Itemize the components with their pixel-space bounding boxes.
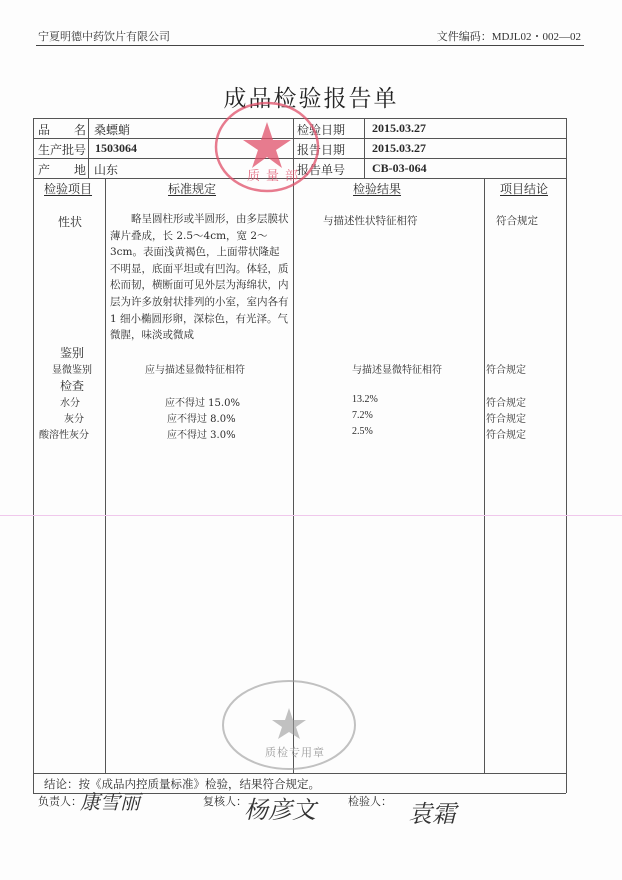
batch-value: 1503064	[95, 141, 137, 156]
conclusion-moisture: 符合规定	[486, 394, 526, 409]
header-divider	[36, 45, 584, 46]
standard-ash: 应不得过 8.0%	[167, 410, 236, 425]
result-microscopic: 与描述显微特征相符	[352, 361, 442, 376]
col-divider	[364, 118, 365, 178]
reviewer-signature: 杨彦文	[244, 790, 316, 825]
responsible-signature: 康雪丽	[80, 786, 140, 815]
col-divider	[484, 178, 485, 773]
result-ash: 7.2%	[352, 410, 373, 421]
item-acid-ash: 酸溶性灰分	[39, 426, 89, 441]
result-acid-ash: 2.5%	[352, 426, 373, 437]
origin-value: 山东	[94, 161, 118, 178]
item-moisture: 水分	[60, 394, 80, 409]
report-date-value: 2015.03.27	[372, 141, 426, 156]
seal-center-text: 质检专用章	[265, 744, 325, 760]
conclusion-ash: 符合规定	[486, 410, 526, 425]
result-appearance: 与描述性状特征相符	[323, 213, 418, 228]
product-name-label: 品 名	[38, 121, 86, 138]
result-moisture: 13.2%	[352, 394, 378, 405]
standard-moisture: 应不得过 15.0%	[165, 394, 240, 409]
column-header-result: 检验结果	[353, 180, 401, 197]
row-divider	[33, 773, 566, 774]
conclusion-acid-ash: 符合规定	[486, 426, 526, 441]
column-header-item: 检验项目	[44, 180, 92, 197]
standard-appearance: 略呈圆柱形或半圆形，由多层膜状薄片叠成，长 2.5～4cm，宽 2～3cm。表面…	[110, 211, 290, 344]
inspector-label: 检验人：	[348, 793, 392, 809]
reviewer-label: 复核人：	[203, 793, 247, 809]
company-name: 宁夏明德中药饮片有限公司	[38, 28, 170, 44]
qc-seal-stamp: 质检专用章	[220, 678, 358, 772]
heading-check: 检查	[60, 377, 84, 394]
item-appearance: 性状	[58, 213, 82, 230]
quality-dept-stamp: 质量部	[213, 100, 321, 194]
column-header-conclusion: 项目结论	[500, 180, 548, 197]
standard-microscopic: 应与描述显微特征相符	[145, 361, 245, 376]
conclusion-appearance: 符合规定	[496, 213, 538, 228]
col-divider	[88, 118, 89, 178]
origin-label: 产 地	[38, 161, 86, 178]
table-border-right	[566, 118, 567, 793]
conclusion-microscopic: 符合规定	[486, 361, 526, 376]
inspect-date-value: 2015.03.27	[372, 121, 426, 136]
column-header-standard: 标准规定	[168, 180, 216, 197]
responsible-label: 负责人：	[38, 793, 82, 809]
item-ash: 灰分	[64, 410, 84, 425]
stamp-center-text: 质量部	[247, 165, 304, 184]
batch-label: 生产批号	[38, 141, 86, 158]
heading-identification: 鉴别	[60, 344, 84, 361]
file-code: 文件编码：MDJL02・002—02	[437, 28, 581, 44]
scan-artifact-line	[0, 515, 622, 516]
standard-acid-ash: 应不得过 3.0%	[167, 426, 236, 441]
report-no-value: CB-03-064	[372, 161, 427, 176]
item-microscopic: 显微鉴别	[52, 361, 92, 376]
table-border-left	[33, 118, 34, 793]
inspector-signature: 袁霜	[408, 794, 456, 829]
product-name-value: 桑螵蛸	[94, 121, 130, 138]
col-divider	[105, 178, 106, 773]
